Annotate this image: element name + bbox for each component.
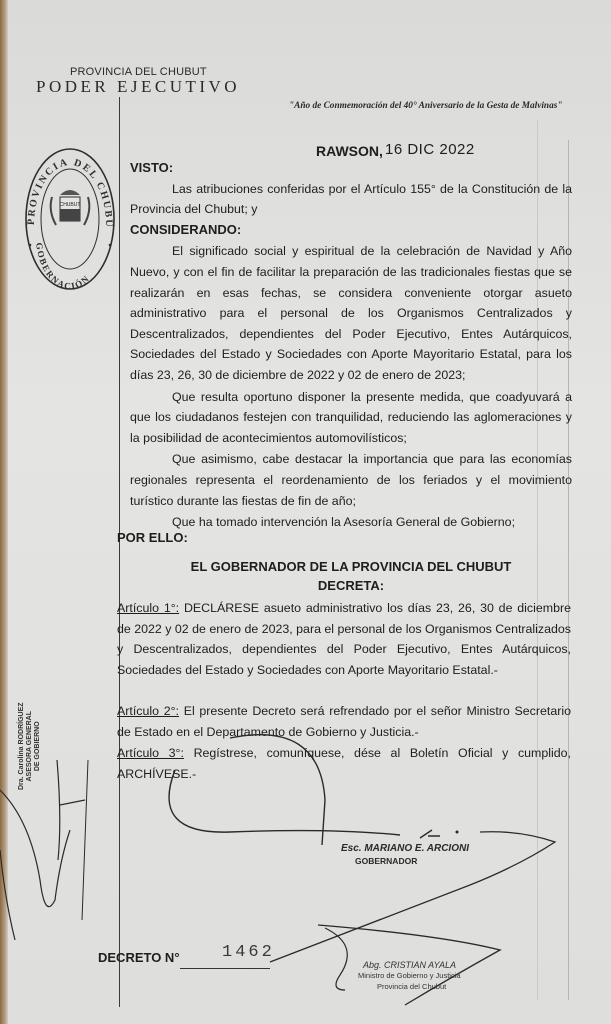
decreta-heading: DECRETA: — [130, 578, 572, 593]
authority-title: EL GOBERNADOR DE LA PROVINCIA DEL CHUBUT — [130, 559, 572, 574]
advisor-name: Dra. Carolina RODRÍGUEZ — [18, 702, 26, 790]
considerando-paragraph: Que ha tomado intervención la Asesoría G… — [130, 512, 572, 533]
decree-number: 1462 — [222, 943, 275, 962]
decree-number-line — [180, 968, 270, 969]
article-text: El presente Decreto será refrendado por … — [117, 704, 571, 739]
article-text: DECLÁRESE asueto administrativo los días… — [117, 601, 571, 677]
article-1: Artículo 1°: DECLÁRESE asueto administra… — [117, 598, 571, 680]
svg-text:CHUBUT: CHUBUT — [60, 202, 81, 208]
article-label: Artículo 1°: — [117, 601, 179, 615]
visto-paragraph: Las atribuciones conferidas por el Artíc… — [130, 179, 572, 220]
letterhead-office: PODER EJECUTIVO — [36, 77, 240, 97]
article-3: Artículo 3°: Regístrese, comuníquese, dé… — [117, 743, 571, 784]
considerando-paragraph: El significado social y espiritual de la… — [130, 241, 572, 385]
paper-edge — [0, 0, 8, 1024]
advisor-role: ASESORA GENERAL — [26, 702, 34, 790]
advisor-stamp: Dra. Carolina RODRÍGUEZ ASESORA GENERAL … — [18, 702, 42, 790]
article-2: Artículo 2°: El presente Decreto será re… — [117, 701, 571, 742]
article-label: Artículo 3°: — [117, 746, 184, 760]
province-seal-icon: PROVINCIA DEL CHUBUT GOBERNACIÓN CHUBUT — [22, 145, 117, 293]
advisor-org: DE GOBIERNO — [34, 702, 42, 790]
year-motto: "Año de Conmemoración del 40° Aniversari… — [289, 101, 563, 111]
governor-name: Esc. MARIANO E. ARCIONI — [341, 843, 469, 854]
minister-role: Ministro de Gobierno y Justicia — [358, 971, 461, 980]
decree-label: DECRETO N° — [98, 950, 180, 965]
date-stamp: 16 DIC 2022 — [385, 141, 475, 158]
minister-name: Abg. CRISTIAN AYALA — [363, 960, 456, 970]
margin-rule — [119, 97, 120, 1007]
article-label: Artículo 2°: — [117, 704, 179, 718]
considerando-paragraph: Que resulta oportuno disponer la present… — [130, 387, 572, 449]
svg-text:GOBERNACIÓN: GOBERNACIÓN — [34, 242, 92, 291]
article-text: Regístrese, comuníquese, dése al Boletín… — [117, 746, 571, 781]
minister-org: Provincia del Chubut — [377, 982, 446, 991]
visto-heading: VISTO: — [130, 158, 572, 179]
place: RAWSON, — [316, 143, 383, 159]
governor-role: GOBERNADOR — [355, 856, 417, 866]
preamble: VISTO: Las atribuciones conferidas por e… — [130, 158, 572, 533]
por-ello-heading: POR ELLO: — [117, 530, 188, 545]
considerando-heading: CONSIDERANDO: — [130, 220, 572, 241]
considerando-paragraph: Que asimismo, cabe destacar la importanc… — [130, 449, 572, 511]
